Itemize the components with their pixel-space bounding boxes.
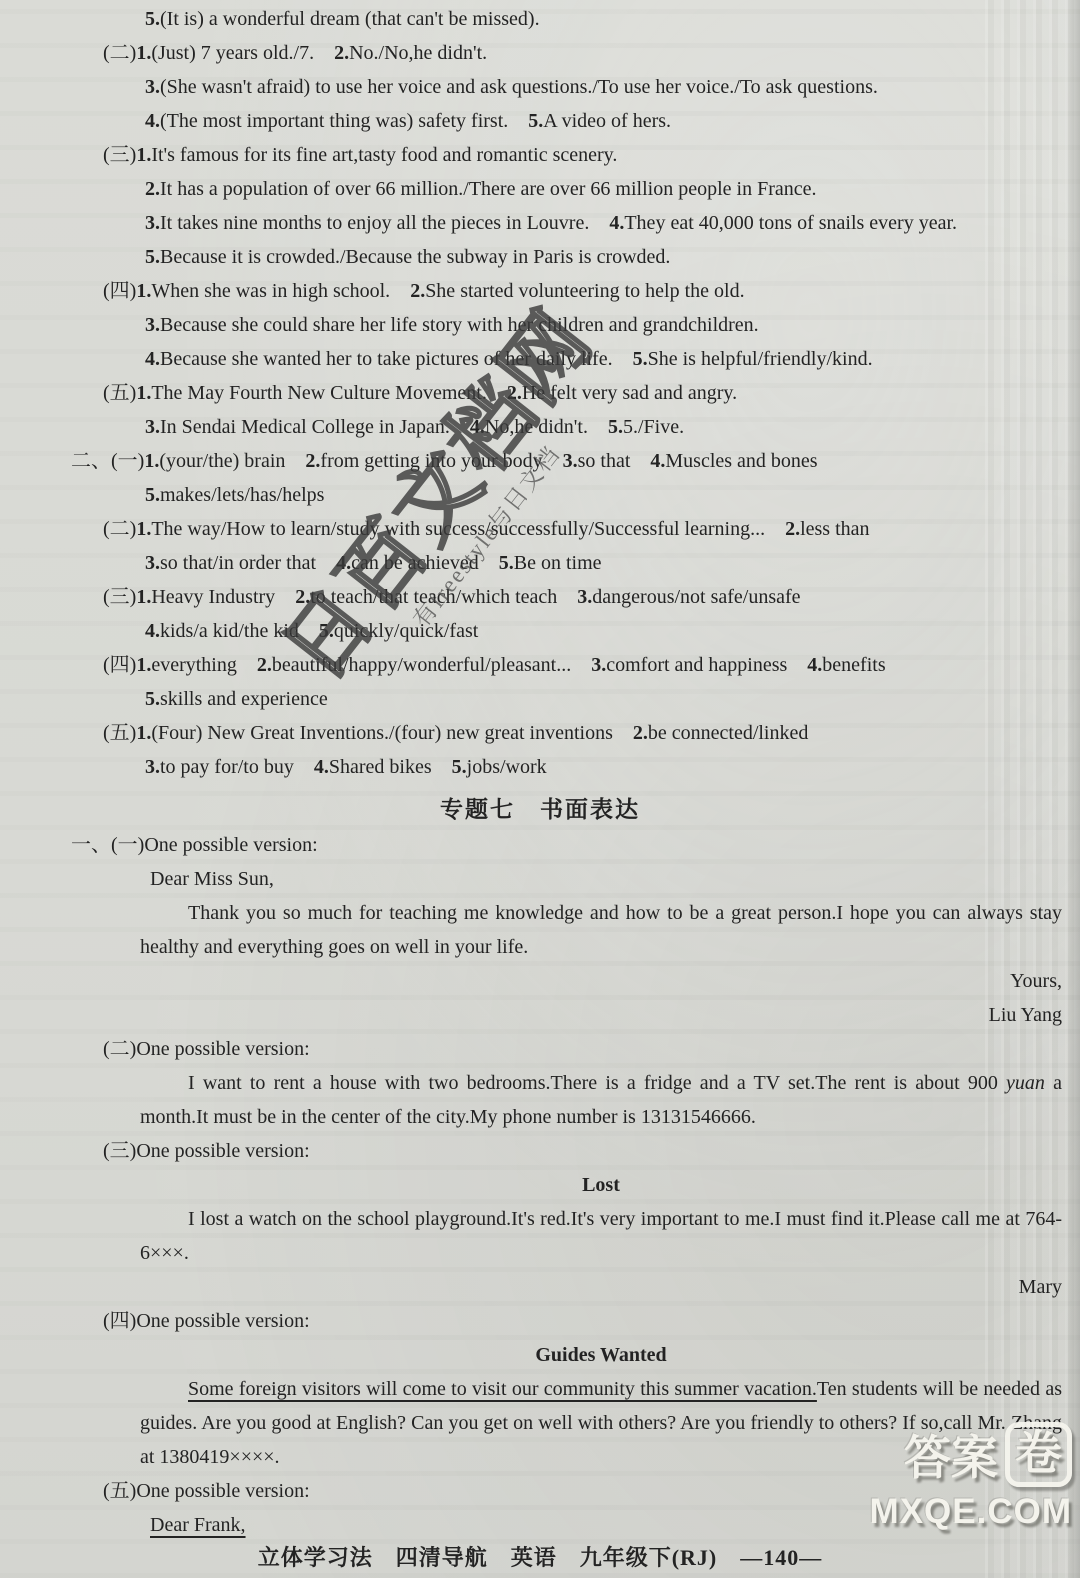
notice-signature: Mary: [0, 1270, 1080, 1304]
notice-title: Lost: [140, 1168, 1062, 1202]
answer-line: 二、(一)1.(your/the) brain 2.from getting i…: [0, 444, 1080, 478]
answer-line: (四)1.everything 2.beautiful/happy/wonder…: [0, 648, 1080, 682]
answer-line: 3.Because she could share her life story…: [0, 308, 1080, 342]
letter-closing: Yours,: [0, 964, 1080, 998]
answer-line: 3.to pay for/to buy 4.Shared bikes 5.job…: [0, 750, 1080, 784]
answer-line: (二)1.The way/How to learn/study with suc…: [0, 512, 1080, 546]
notice-title: Guides Wanted: [140, 1338, 1062, 1372]
notice-body: Some foreign visitors will come to visit…: [140, 1372, 1062, 1474]
chapter-heading: 专题七 书面表达: [0, 792, 1080, 828]
answer-line: (五)1.(Four) New Great Inventions./(four)…: [0, 716, 1080, 750]
answers-section: 5.(It is) a wonderful dream (that can't …: [0, 2, 1080, 784]
writing-section: 专题七 书面表达一、(一)One possible version:Dear M…: [0, 792, 1080, 1542]
answer-line: 5.Because it is crowded./Because the sub…: [0, 240, 1080, 274]
notice-body: I lost a watch on the school playground.…: [140, 1202, 1062, 1270]
letter-salutation: Dear Frank,: [0, 1508, 1080, 1542]
version-label: (二)One possible version:: [0, 1032, 1080, 1066]
answer-line: (三)1.Heavy Industry 2.to teach/that teac…: [0, 580, 1080, 614]
letter-body: Thank you so much for teaching me knowle…: [140, 896, 1062, 964]
version-label: (四)One possible version:: [0, 1304, 1080, 1338]
answer-line: 5.(It is) a wonderful dream (that can't …: [0, 2, 1080, 36]
letter-salutation: Dear Miss Sun,: [0, 862, 1080, 896]
answer-line: 3.so that/in order that 4.can be achieve…: [0, 546, 1080, 580]
answer-line: (二)1.(Just) 7 years old./7. 2.No./No,he …: [0, 36, 1080, 70]
answer-line: (四)1.When she was in high school. 2.She …: [0, 274, 1080, 308]
answer-line: 5.skills and experience: [0, 682, 1080, 716]
answer-line: 3.(She wasn't afraid) to use her voice a…: [0, 70, 1080, 104]
answer-line: (三)1.It's famous for its fine art,tasty …: [0, 138, 1080, 172]
answer-line: 4.(The most important thing was) safety …: [0, 104, 1080, 138]
answer-line: 3.It takes nine months to enjoy all the …: [0, 206, 1080, 240]
answer-line: 2.It has a population of over 66 million…: [0, 172, 1080, 206]
scanned-answer-page: 5.(It is) a wonderful dream (that can't …: [0, 0, 1080, 1578]
answer-line: 4.kids/a kid/the kid 5.quickly/quick/fas…: [0, 614, 1080, 648]
answer-line: 5.makes/lets/has/helps: [0, 478, 1080, 512]
letter-signature: Liu Yang: [0, 998, 1080, 1032]
letter-body: I want to rent a house with two bedrooms…: [140, 1066, 1062, 1134]
answer-line: 3.In Sendai Medical College in Japan. 4.…: [0, 410, 1080, 444]
page-footer: 立体学习法 四清导航 英语 九年级下(RJ) —140—: [0, 1541, 1080, 1572]
answer-line: 4.Because she wanted her to take picture…: [0, 342, 1080, 376]
version-label: 一、(一)One possible version:: [0, 828, 1080, 862]
answer-line: (五)1.The May Fourth New Culture Movement…: [0, 376, 1080, 410]
version-label: (五)One possible version:: [0, 1474, 1080, 1508]
page-content: 5.(It is) a wonderful dream (that can't …: [0, 0, 1080, 1578]
version-label: (三)One possible version:: [0, 1134, 1080, 1168]
